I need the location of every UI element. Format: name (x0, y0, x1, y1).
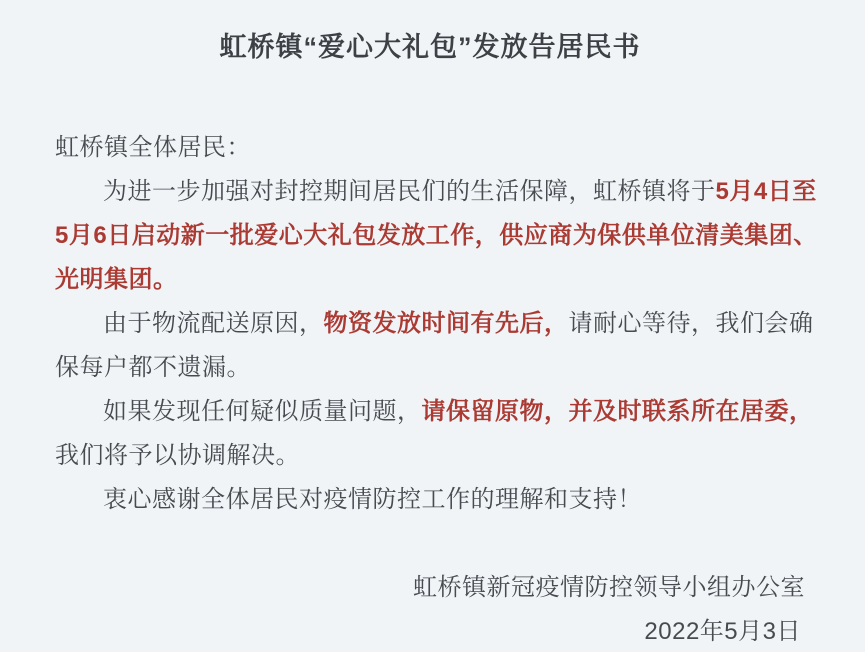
body-text-highlight: 5月4日至 (716, 178, 817, 205)
notice-body: 虹桥镇全体居民： 为进一步加强对封控期间居民们的生活保障，虹桥镇将于5月4日至 … (55, 126, 805, 652)
body-line: 衷心感谢全体居民对疫情防控工作的理解和支持！ (55, 478, 805, 522)
body-text: 请耐心等待，我们会确 (569, 310, 814, 337)
blank-line (55, 522, 805, 566)
body-line: 光明集团。 (55, 258, 805, 302)
salutation-line: 虹桥镇全体居民： (55, 126, 805, 170)
body-text: 衷心感谢全体居民对疫情防控工作的理解和支持！ (103, 486, 642, 513)
body-text: 保每户都不遗漏。 (55, 354, 251, 381)
body-text-highlight: 物资发放时间有先后， (324, 310, 569, 337)
body-line: 5月6日启动新一批爱心大礼包发放工作，供应商为保供单位清美集团、 (55, 214, 805, 258)
body-text: 如果发现任何疑似质量问题， (103, 398, 422, 425)
body-text: 为进一步加强对封控期间居民们的生活保障，虹桥镇将于 (103, 178, 716, 205)
body-line: 我们将予以协调解决。 (55, 434, 805, 478)
date-line: 2022年5月3日 (55, 610, 805, 652)
body-text-highlight: 5月6日启动新一批爱心大礼包发放工作，供应商为保供单位清美集团、 (55, 222, 818, 249)
body-line: 如果发现任何疑似质量问题，请保留原物，并及时联系所在居委， (55, 390, 805, 434)
body-line: 由于物流配送原因，物资发放时间有先后，请耐心等待，我们会确 (55, 302, 805, 346)
signature-line: 虹桥镇新冠疫情防控领导小组办公室 (55, 566, 805, 610)
body-text: 虹桥镇全体居民： (55, 134, 251, 161)
body-text-highlight: 光明集团。 (55, 266, 178, 293)
body-text: 由于物流配送原因， (103, 310, 324, 337)
body-text-highlight: 请保留原物，并及时联系所在居委， (422, 398, 814, 425)
body-line: 保每户都不遗漏。 (55, 346, 805, 390)
body-line: 为进一步加强对封控期间居民们的生活保障，虹桥镇将于5月4日至 (55, 170, 805, 214)
notice-page: 虹桥镇“爱心大礼包”发放告居民书 虹桥镇全体居民： 为进一步加强对封控期间居民们… (0, 0, 865, 652)
body-text: 我们将予以协调解决。 (55, 442, 300, 469)
notice-title: 虹桥镇“爱心大礼包”发放告居民书 (55, 30, 805, 64)
